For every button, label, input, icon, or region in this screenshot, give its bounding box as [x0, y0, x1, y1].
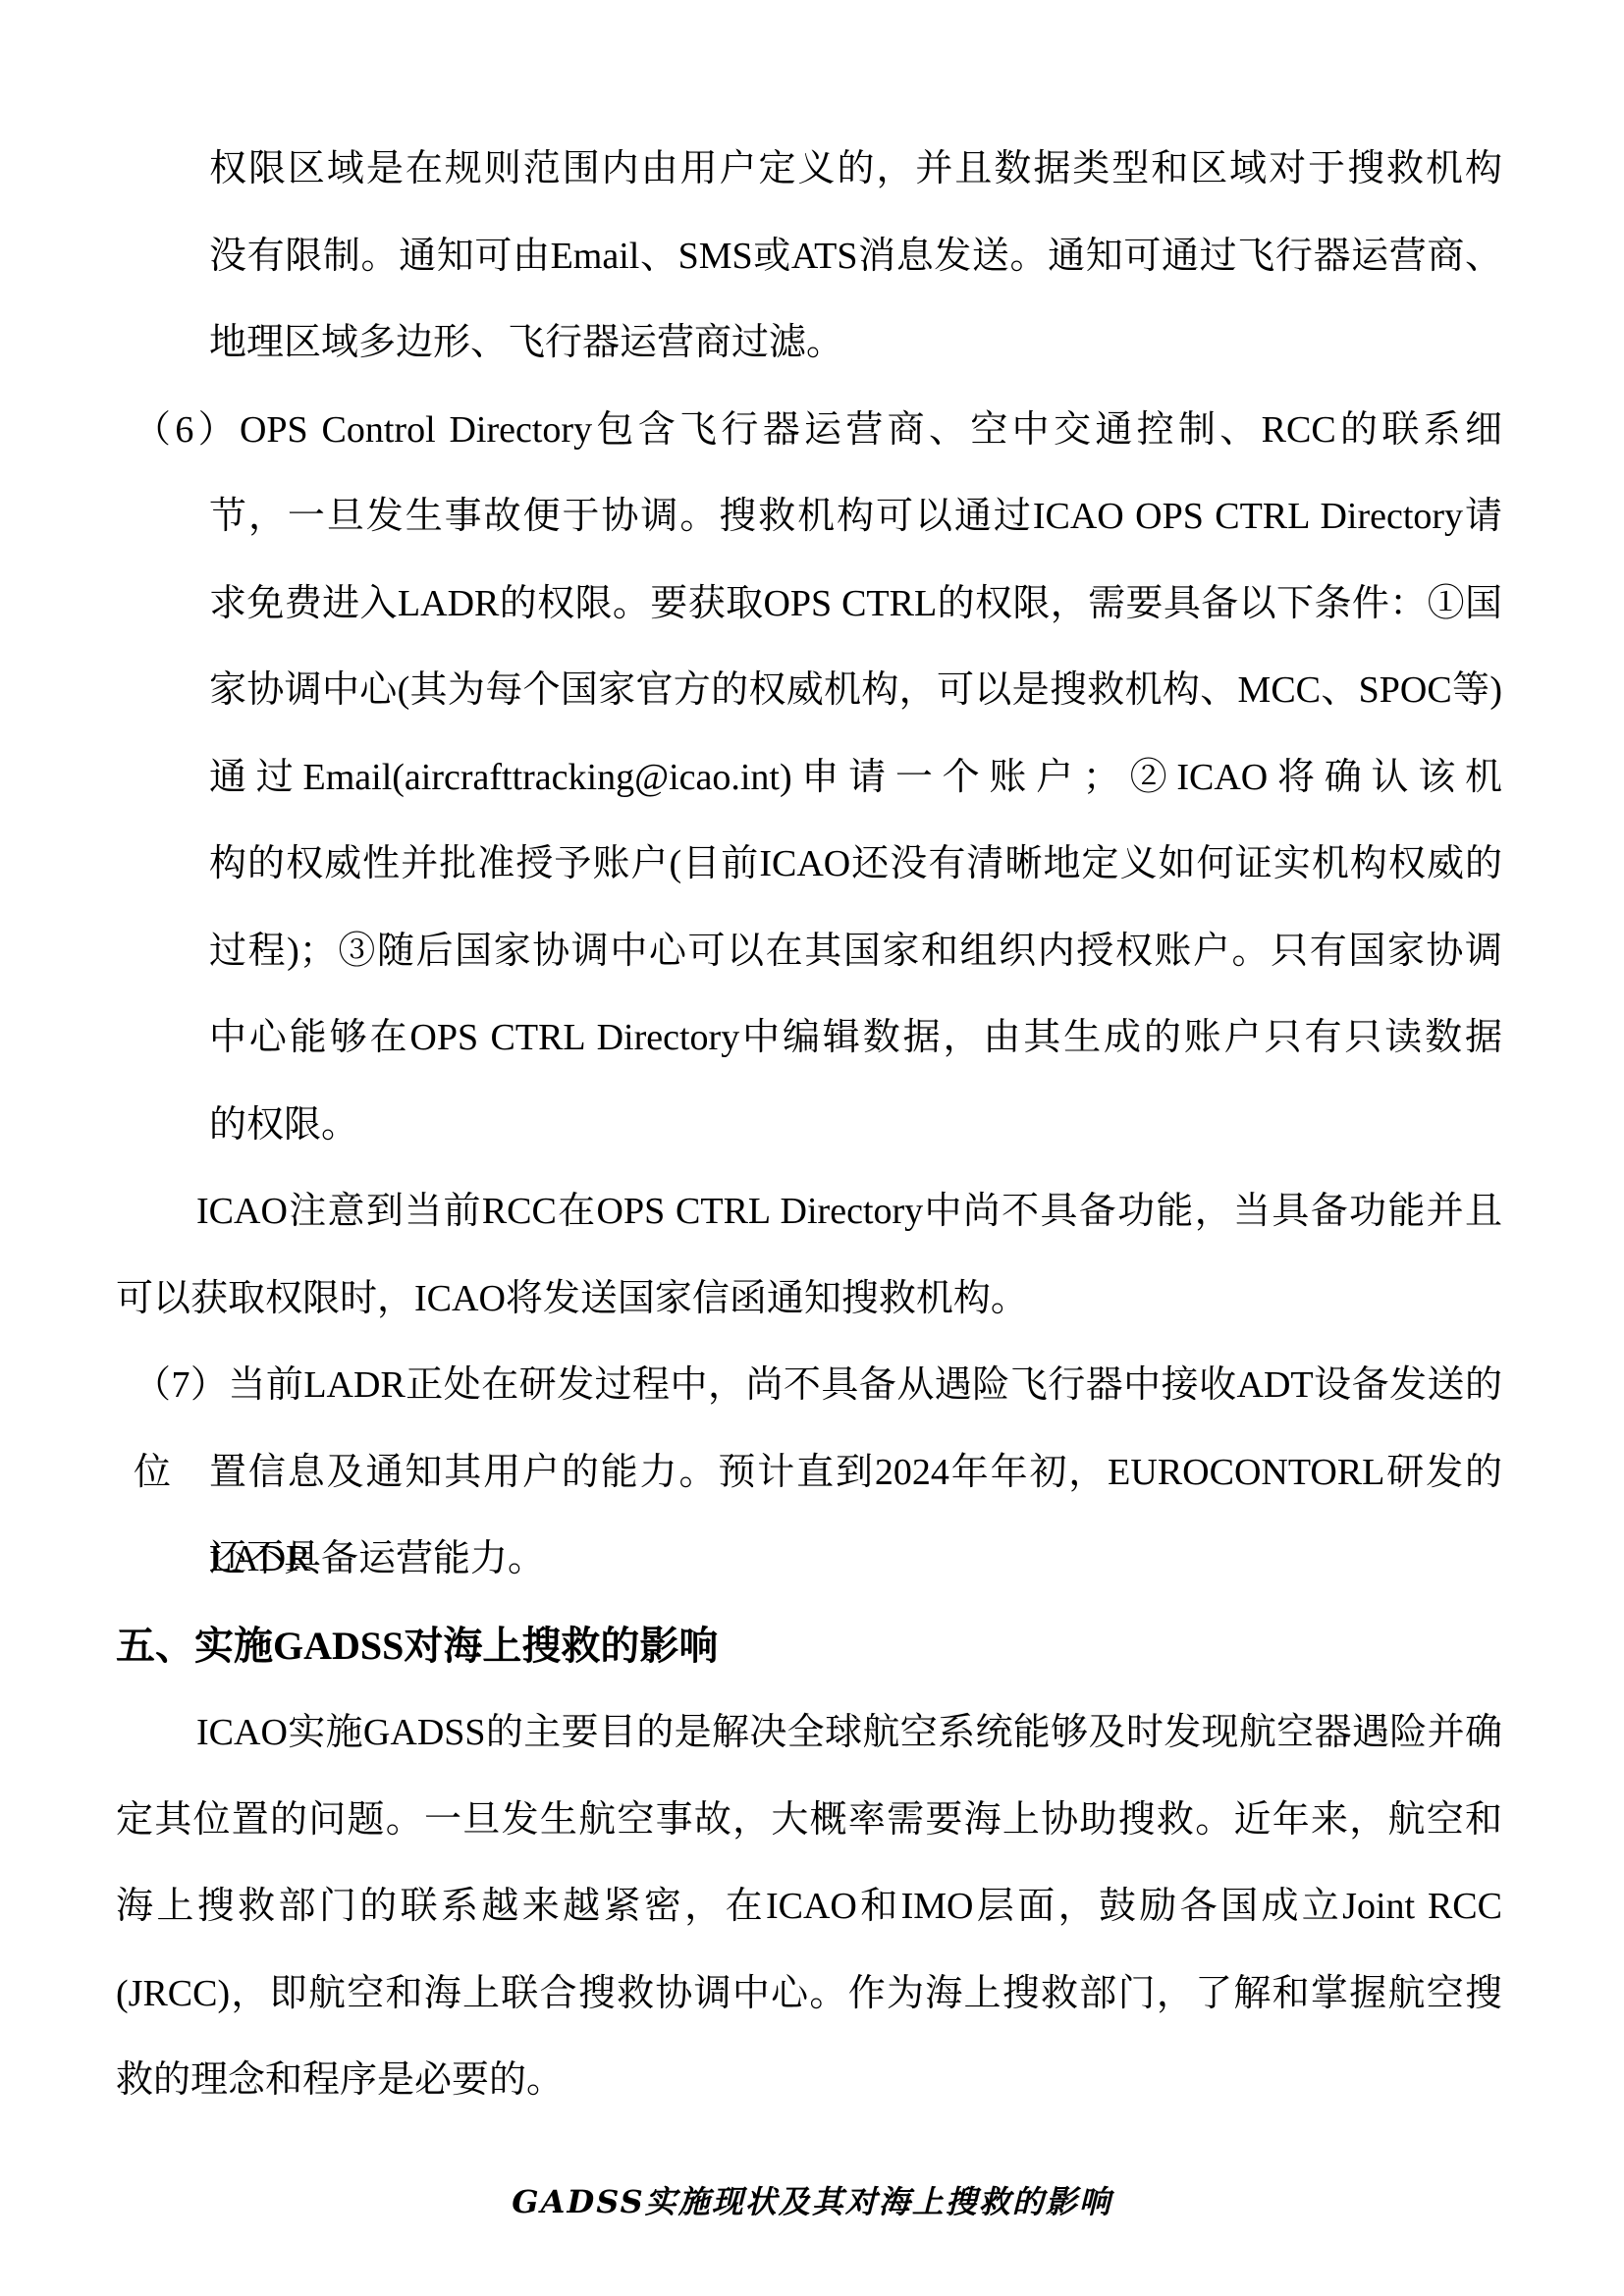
text-line: 还不具备运营能力。: [116, 1516, 1502, 1603]
text-line: 构的权威性并批准授予账户(目前ICAO还没有清晰地定义如何证实机构权威的: [116, 821, 1502, 908]
text-line: 节，一旦发生事故便于协调。搜救机构可以通过ICAO OPS CTRL Direc…: [116, 473, 1502, 561]
text-line: 求免费进入LADR的权限。要获取OPS CTRL的权限，需要具备以下条件：①国: [116, 561, 1502, 648]
document-body: 权限区域是在规则范围内由用户定义的，并且数据类型和区域对于搜救机构 没有限制。通…: [116, 126, 1502, 2124]
text-line: 的权限。: [116, 1082, 1502, 1169]
text-line: 置信息及通知其用户的能力。预计直到2024年年初，EUROCONTORL研发的L…: [116, 1429, 1502, 1517]
text-line: 可以获取权限时，ICAO将发送国家信函通知搜救机构。: [116, 1255, 1502, 1343]
list-item-text: OPS Control Directory包含飞行器运营商、空中交通控制、RCC…: [240, 409, 1502, 451]
list-marker-6: （6）: [134, 409, 240, 451]
text-line: 救的理念和程序是必要的。: [116, 2037, 1502, 2124]
text-line: 没有限制。通知可由Email、SMS或ATS消息发送。通知可通过飞行器运营商、: [116, 213, 1502, 300]
text-line: 定其位置的问题。一旦发生航空事故，大概率需要海上协助搜救。近年来，航空和: [116, 1777, 1502, 1864]
document-page: 权限区域是在规则范围内由用户定义的，并且数据类型和区域对于搜救机构 没有限制。通…: [0, 0, 1624, 2296]
text-line: 海上搜救部门的联系越来越紧密，在ICAO和IMO层面，鼓励各国成立Joint R…: [116, 1863, 1502, 1950]
text-line: 权限区域是在规则范围内由用户定义的，并且数据类型和区域对于搜救机构: [116, 126, 1502, 213]
text-line: 通过Email(aircrafttracking@icao.int)申请一个账户…: [116, 734, 1502, 822]
text-line: 中心能够在OPS CTRL Directory中编辑数据，由其生成的账户只有只读…: [116, 994, 1502, 1082]
page-footer-title: GADSS实施现状及其对海上搜救的影响: [0, 2177, 1624, 2222]
text-line: 过程)；③随后国家协调中心可以在其国家和组织内授权账户。只有国家协调: [116, 908, 1502, 995]
text-line: ICAO注意到当前RCC在OPS CTRL Directory中尚不具备功能，当…: [116, 1168, 1502, 1255]
text-line: ICAO实施GADSS的主要目的是解决全球航空系统能够及时发现航空器遇险并确: [116, 1689, 1502, 1777]
text-line: 家协调中心(其为每个国家官方的权威机构，可以是搜救机构、MCC、SPOC等): [116, 647, 1502, 734]
list-item-line: （7）当前LADR正处在研发过程中，尚不具备从遇险飞行器中接收ADT设备发送的位: [116, 1342, 1502, 1429]
section-heading: 五、实施GADSS对海上搜救的影响: [116, 1603, 1502, 1690]
text-line: 地理区域多边形、飞行器运营商过滤。: [116, 299, 1502, 387]
list-item-line: （6）OPS Control Directory包含飞行器运营商、空中交通控制、…: [116, 387, 1502, 474]
list-marker-7: （7）: [134, 1364, 228, 1406]
text-line: (JRCC)，即航空和海上联合搜救协调中心。作为海上搜救部门，了解和掌握航空搜: [116, 1950, 1502, 2038]
